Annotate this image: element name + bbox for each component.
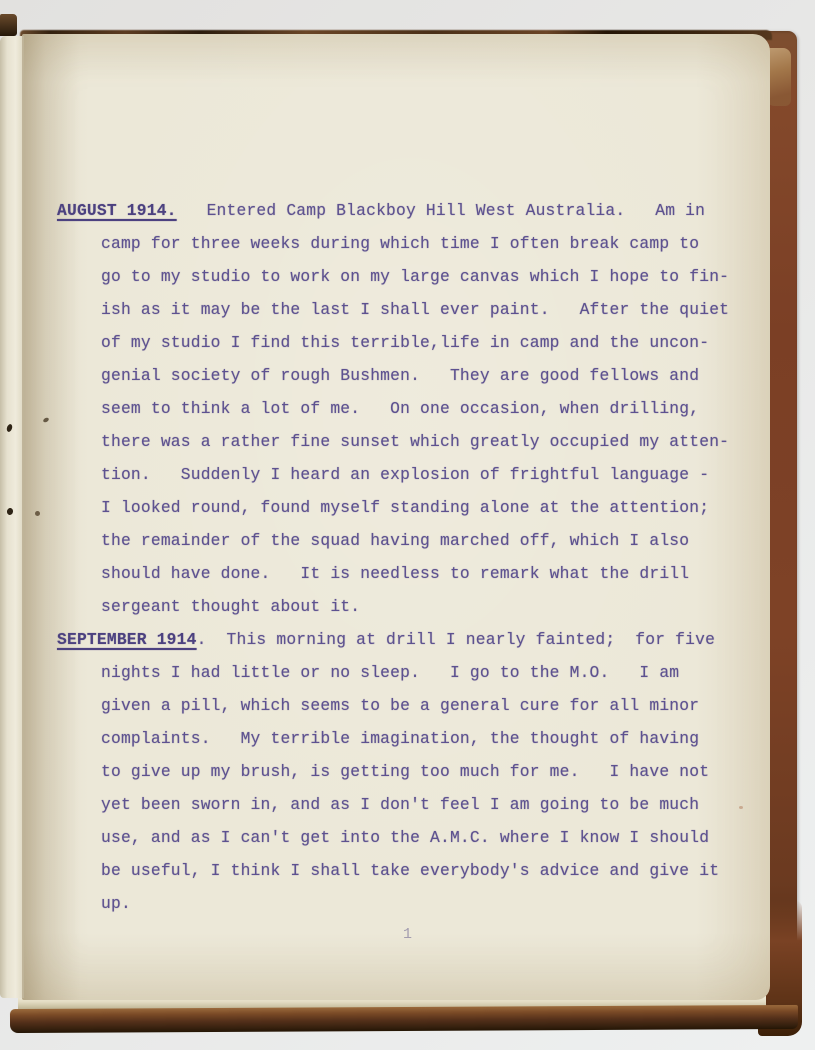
entry-first-line-text: This morning at drill I nearly fainted; …	[207, 630, 716, 649]
photo-scene: AUGUST 1914. Entered Camp Blackboy Hill …	[0, 0, 815, 1050]
diary-line: sergeant thought about it.	[57, 590, 757, 623]
diary-line: of my studio I find this terrible,life i…	[57, 326, 757, 359]
entry-first-line: SEPTEMBER 1914. This morning at drill I …	[57, 623, 757, 656]
diary-line: go to my studio to work on my large canv…	[57, 260, 757, 293]
diary-line: ish as it may be the last I shall ever p…	[57, 293, 757, 326]
binding-speck	[35, 511, 40, 516]
gutter-page-curl	[0, 36, 24, 998]
diary-line: should have done. It is needless to rema…	[57, 557, 757, 590]
entry-date-heading: AUGUST 1914.	[57, 201, 177, 220]
diary-line: I looked round, found myself standing al…	[57, 491, 757, 524]
diary-line: there was a rather fine sunset which gre…	[57, 425, 757, 458]
diary-line: tion. Suddenly I heard an explosion of f…	[57, 458, 757, 491]
entry-date-separator: .	[197, 630, 207, 649]
diary-line: to give up my brush, is getting too much…	[57, 755, 757, 788]
diary-line: the remainder of the squad having marche…	[57, 524, 757, 557]
diary-text-block: AUGUST 1914. Entered Camp Blackboy Hill …	[57, 194, 757, 920]
spine-fragment	[0, 14, 17, 36]
entry-first-line-text: Entered Camp Blackboy Hill West Australi…	[177, 201, 705, 220]
diary-entry-august-1914: AUGUST 1914. Entered Camp Blackboy Hill …	[57, 194, 757, 623]
page-number: 1	[403, 926, 412, 943]
diary-line: given a pill, which seems to be a genera…	[57, 689, 757, 722]
diary-line: yet been sworn in, and as I don't feel I…	[57, 788, 757, 821]
diary-line: be useful, I think I shall take everybod…	[57, 854, 757, 887]
diary-entry-september-1914: SEPTEMBER 1914. This morning at drill I …	[57, 623, 757, 920]
entry-first-line: AUGUST 1914. Entered Camp Blackboy Hill …	[57, 194, 757, 227]
diary-line: complaints. My terrible imagination, the…	[57, 722, 757, 755]
diary-line: up.	[57, 887, 757, 920]
entry-date-heading: SEPTEMBER 1914	[57, 630, 197, 649]
diary-line: genial society of rough Bushmen. They ar…	[57, 359, 757, 392]
diary-line: use, and as I can't get into the A.M.C. …	[57, 821, 757, 854]
diary-line: nights I had little or no sleep. I go to…	[57, 656, 757, 689]
diary-line: camp for three weeks during which time I…	[57, 227, 757, 260]
diary-line: seem to think a lot of me. On one occasi…	[57, 392, 757, 425]
leather-cover-bottom-edge	[10, 1005, 798, 1033]
